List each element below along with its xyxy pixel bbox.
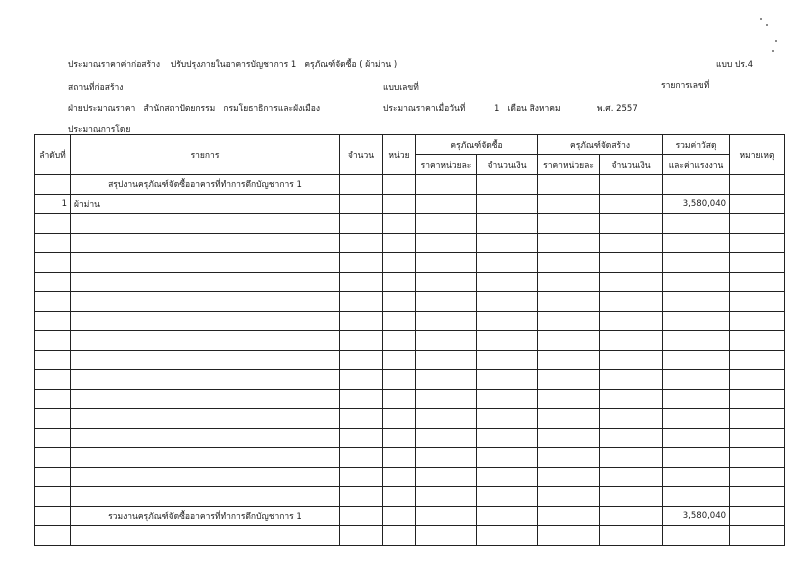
header-line-3: ฝ่ายประมาณราคา สำนักสถาปัตยกรรม กรมโยธาธ… [68, 101, 320, 115]
col-header-purchase-amount: จำนวนเงิน [477, 155, 538, 175]
row-remark [730, 526, 785, 546]
row-total [663, 370, 730, 390]
row-total [663, 409, 730, 429]
row-build-unit-price [538, 233, 600, 253]
row-unit [383, 233, 416, 253]
row-purchase-amount [477, 428, 538, 448]
row-purchase-unit-price [416, 526, 477, 546]
row-no [35, 350, 71, 370]
row-total [663, 214, 730, 234]
row-purchase-amount [477, 389, 538, 409]
row-no [35, 448, 71, 468]
row-no [35, 272, 71, 292]
division-dept: กรมโยธาธิการและผังเมือง [223, 104, 320, 114]
row-remark [730, 389, 785, 409]
row-purchase-amount [477, 370, 538, 390]
row-purchase-unit-price [416, 214, 477, 234]
category-name: ครุภัณฑ์จัดซื้อ ( ผ้าม่าน ) [304, 60, 397, 70]
row-purchase-amount [477, 214, 538, 234]
row-build-amount [600, 175, 663, 195]
row-build-amount [600, 409, 663, 429]
row-remark [730, 448, 785, 468]
table-row [35, 487, 785, 507]
row-purchase-amount [477, 233, 538, 253]
row-purchase-unit-price [416, 506, 477, 526]
row-purchase-unit-price [416, 311, 477, 331]
row-purchase-unit-price [416, 292, 477, 312]
row-unit [383, 487, 416, 507]
row-build-amount [600, 448, 663, 468]
row-no [35, 331, 71, 351]
table-row [35, 428, 785, 448]
row-build-unit-price [538, 194, 600, 214]
estimate-month: เดือน สิงหาคม [508, 104, 561, 114]
estimate-day: 1 [494, 104, 499, 114]
row-build-unit-price [538, 448, 600, 468]
table-row [35, 331, 785, 351]
row-item [71, 467, 340, 487]
col-header-total-1: รวมค่าวัสดุ [663, 135, 730, 155]
row-qty [340, 311, 383, 331]
row-item [71, 214, 340, 234]
row-build-unit-price [538, 272, 600, 292]
row-unit [383, 409, 416, 429]
row-purchase-amount [477, 194, 538, 214]
row-purchase-unit-price [416, 194, 477, 214]
table-row [35, 448, 785, 468]
estimate-date-label: ประมาณราคาเมื่อวันที่ [383, 101, 465, 115]
row-no [35, 175, 71, 195]
division-office: สำนักสถาปัตยกรรม [143, 104, 215, 114]
row-build-unit-price [538, 428, 600, 448]
row-unit [383, 253, 416, 273]
estimate-label: ประมาณราคาค่าก่อสร้าง [68, 60, 160, 70]
row-purchase-amount [477, 467, 538, 487]
row-qty [340, 526, 383, 546]
row-unit [383, 370, 416, 390]
row-item: สรุปงานครุภัณฑ์จัดซื้ออาคารที่ทำการตึกบั… [71, 175, 340, 195]
row-unit [383, 311, 416, 331]
col-header-remark: หมายเหตุ [730, 135, 785, 175]
row-build-amount [600, 350, 663, 370]
table-row [35, 292, 785, 312]
col-group-build: ครุภัณฑ์จัดสร้าง [538, 135, 663, 155]
row-total [663, 311, 730, 331]
row-total: 3,580,040 [663, 506, 730, 526]
row-purchase-unit-price [416, 467, 477, 487]
row-remark [730, 194, 785, 214]
row-build-amount [600, 487, 663, 507]
table-row [35, 214, 785, 234]
row-total [663, 467, 730, 487]
row-remark [730, 409, 785, 429]
row-no [35, 311, 71, 331]
row-remark [730, 175, 785, 195]
row-total [663, 253, 730, 273]
row-no [35, 487, 71, 507]
row-purchase-unit-price [416, 175, 477, 195]
row-no [35, 389, 71, 409]
row-build-amount [600, 467, 663, 487]
row-unit [383, 526, 416, 546]
row-remark [730, 331, 785, 351]
row-unit [383, 448, 416, 468]
row-no: 1 [35, 194, 71, 214]
row-build-amount [600, 233, 663, 253]
row-build-unit-price [538, 506, 600, 526]
row-no [35, 253, 71, 273]
row-qty [340, 506, 383, 526]
row-total [663, 448, 730, 468]
row-purchase-amount [477, 506, 538, 526]
row-purchase-unit-price [416, 350, 477, 370]
table-row [35, 526, 785, 546]
row-build-amount [600, 506, 663, 526]
table-row [35, 370, 785, 390]
row-build-unit-price [538, 409, 600, 429]
row-qty [340, 448, 383, 468]
row-remark [730, 311, 785, 331]
row-purchase-unit-price [416, 409, 477, 429]
row-no [35, 292, 71, 312]
row-purchase-unit-price [416, 272, 477, 292]
row-purchase-amount [477, 272, 538, 292]
row-purchase-amount [477, 526, 538, 546]
row-unit [383, 194, 416, 214]
row-build-amount [600, 389, 663, 409]
row-remark [730, 467, 785, 487]
row-build-unit-price [538, 370, 600, 390]
row-qty [340, 389, 383, 409]
table-row [35, 350, 785, 370]
table-row [35, 272, 785, 292]
row-qty [340, 194, 383, 214]
col-header-no: ลำดับที่ [35, 135, 71, 175]
row-item [71, 409, 340, 429]
row-purchase-unit-price [416, 428, 477, 448]
row-item [71, 272, 340, 292]
row-total [663, 272, 730, 292]
row-total [663, 526, 730, 546]
col-header-purchase-unit-price: ราคาหน่วยละ [416, 155, 477, 175]
row-build-amount [600, 214, 663, 234]
row-build-amount [600, 526, 663, 546]
row-purchase-amount [477, 292, 538, 312]
row-build-amount [600, 292, 663, 312]
row-build-unit-price [538, 350, 600, 370]
table-row [35, 409, 785, 429]
row-item [71, 428, 340, 448]
row-purchase-unit-price [416, 331, 477, 351]
row-remark [730, 233, 785, 253]
row-build-unit-price [538, 467, 600, 487]
col-header-unit: หน่วย [383, 135, 416, 175]
row-remark [730, 506, 785, 526]
row-build-amount [600, 253, 663, 273]
row-unit [383, 350, 416, 370]
row-item [71, 292, 340, 312]
item-no-label: รายการเลขที่ [661, 78, 709, 92]
row-purchase-amount [477, 448, 538, 468]
row-no [35, 428, 71, 448]
estimate-date: 1 เดือน สิงหาคม [494, 101, 561, 115]
row-total: 3,580,040 [663, 194, 730, 214]
row-no [35, 233, 71, 253]
row-qty [340, 331, 383, 351]
row-purchase-amount [477, 409, 538, 429]
row-qty [340, 467, 383, 487]
row-unit [383, 214, 416, 234]
row-total [663, 233, 730, 253]
row-build-unit-price [538, 389, 600, 409]
plan-no-label: แบบเลขที่ [383, 80, 419, 94]
row-build-amount [600, 370, 663, 390]
row-item [71, 487, 340, 507]
form-code: แบบ ปร.4 [716, 57, 753, 71]
row-remark [730, 292, 785, 312]
row-purchase-unit-price [416, 233, 477, 253]
row-qty [340, 487, 383, 507]
row-purchase-unit-price [416, 487, 477, 507]
row-item [71, 331, 340, 351]
row-total [663, 175, 730, 195]
row-unit [383, 175, 416, 195]
col-header-build-amount: จำนวนเงิน [600, 155, 663, 175]
row-unit [383, 428, 416, 448]
row-qty [340, 253, 383, 273]
col-group-purchase: ครุภัณฑ์จัดซื้อ [416, 135, 538, 155]
table-row: 1ผ้าม่าน3,580,040 [35, 194, 785, 214]
row-build-amount [600, 194, 663, 214]
row-unit [383, 272, 416, 292]
row-item: รวมงานครุภัณฑ์จัดซื้ออาคารที่ทำการตึกบัญ… [71, 506, 340, 526]
row-item [71, 311, 340, 331]
row-unit [383, 467, 416, 487]
division-label: ฝ่ายประมาณราคา [68, 104, 135, 114]
row-no [35, 214, 71, 234]
scan-speck [775, 40, 777, 42]
scan-speck [760, 18, 762, 20]
row-unit [383, 292, 416, 312]
table-row [35, 233, 785, 253]
row-total [663, 389, 730, 409]
col-header-item: รายการ [71, 135, 340, 175]
row-qty [340, 175, 383, 195]
table-row [35, 253, 785, 273]
row-remark [730, 370, 785, 390]
row-no [35, 409, 71, 429]
row-no [35, 506, 71, 526]
row-no [35, 467, 71, 487]
row-item [71, 233, 340, 253]
row-total [663, 350, 730, 370]
row-no [35, 526, 71, 546]
row-build-amount [600, 272, 663, 292]
row-unit [383, 389, 416, 409]
row-qty [340, 272, 383, 292]
row-item [71, 526, 340, 546]
row-total [663, 487, 730, 507]
row-item [71, 389, 340, 409]
col-header-total-2: และค่าแรงงาน [663, 155, 730, 175]
table-row [35, 311, 785, 331]
row-purchase-unit-price [416, 448, 477, 468]
row-total [663, 331, 730, 351]
cost-summary-table: ลำดับที่ รายการ จำนวน หน่วย ครุภัณฑ์จัดซ… [34, 134, 785, 546]
row-qty [340, 409, 383, 429]
row-build-amount [600, 311, 663, 331]
row-purchase-amount [477, 175, 538, 195]
table-row: รวมงานครุภัณฑ์จัดซื้ออาคารที่ทำการตึกบัญ… [35, 506, 785, 526]
row-purchase-unit-price [416, 253, 477, 273]
row-build-unit-price [538, 526, 600, 546]
row-build-amount [600, 428, 663, 448]
row-unit [383, 506, 416, 526]
col-header-build-unit-price: ราคาหน่วยละ [538, 155, 600, 175]
row-remark [730, 487, 785, 507]
row-build-unit-price [538, 175, 600, 195]
row-qty [340, 370, 383, 390]
row-remark [730, 253, 785, 273]
row-qty [340, 350, 383, 370]
col-header-qty: จำนวน [340, 135, 383, 175]
site-label: สถานที่ก่อสร้าง [68, 80, 123, 94]
header-line-1: ประมาณราคาค่าก่อสร้าง ปรับปรุงภายในอาคาร… [68, 57, 397, 71]
row-remark [730, 214, 785, 234]
row-item [71, 350, 340, 370]
project-name: ปรับปรุงภายในอาคารบัญชาการ 1 [171, 60, 296, 70]
row-remark [730, 428, 785, 448]
row-build-unit-price [538, 292, 600, 312]
row-purchase-amount [477, 331, 538, 351]
table-row [35, 389, 785, 409]
row-remark [730, 350, 785, 370]
row-no [35, 370, 71, 390]
row-purchase-amount [477, 311, 538, 331]
row-qty [340, 428, 383, 448]
row-qty [340, 214, 383, 234]
row-purchase-unit-price [416, 370, 477, 390]
table-row [35, 467, 785, 487]
table-row: สรุปงานครุภัณฑ์จัดซื้ออาคารที่ทำการตึกบั… [35, 175, 785, 195]
scan-speck [766, 24, 768, 26]
row-build-unit-price [538, 311, 600, 331]
row-qty [340, 233, 383, 253]
row-purchase-unit-price [416, 389, 477, 409]
row-item [71, 253, 340, 273]
row-build-unit-price [538, 487, 600, 507]
estimate-year: พ.ศ. 2557 [597, 101, 638, 115]
row-purchase-amount [477, 487, 538, 507]
row-item [71, 370, 340, 390]
row-purchase-amount [477, 350, 538, 370]
row-total [663, 292, 730, 312]
row-total [663, 428, 730, 448]
row-build-unit-price [538, 253, 600, 273]
row-build-unit-price [538, 214, 600, 234]
row-item [71, 448, 340, 468]
row-purchase-amount [477, 253, 538, 273]
row-qty [340, 292, 383, 312]
scan-speck [772, 50, 774, 52]
row-item: ผ้าม่าน [71, 194, 340, 214]
row-build-unit-price [538, 331, 600, 351]
row-unit [383, 331, 416, 351]
row-remark [730, 272, 785, 292]
row-build-amount [600, 331, 663, 351]
